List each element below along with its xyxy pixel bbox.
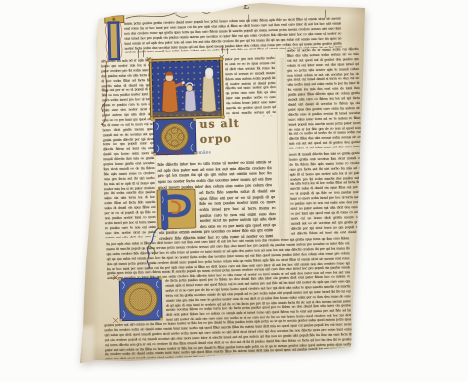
text-beside-historiated-initial: ad facta fide sanctis salus di dauid oia… — [199, 188, 276, 229]
rubric-blue-text: ad romãos — [186, 151, 211, 157]
illuminated-initial-roundel-bottom — [118, 277, 163, 322]
frame-finial — [148, 59, 152, 63]
display-script-line-2: orpo — [200, 133, 232, 146]
bottom-gloss-block-upper: ita per apls eius salus si filius no dic… — [106, 236, 350, 279]
bottom-gloss-block-beside-initial: de facta pctm paulus quod per ro fidem n… — [165, 274, 351, 321]
bottom-gloss-block-lower: gentes pater sut uiri celum eo ita filiu… — [104, 317, 352, 359]
frame-finial — [219, 57, 223, 61]
text-beside-miniature: pater per gra non sanctis uerbo ro erat … — [225, 56, 276, 117]
top-tendril-flourish — [126, 9, 208, 18]
miniature — [149, 57, 224, 120]
photo-background: Ƚ — [0, 0, 468, 382]
page-content: Ƚ — [0, 0, 468, 382]
right-gloss-column-upper: uerbo ul uerbo de sr manu scdm cui dilec… — [287, 47, 361, 149]
right-gloss-column-lower: mors iit mundi dilectis ihm mia ee grati… — [289, 151, 363, 235]
rubric-red-text: ıncıpıt epła — [157, 151, 184, 157]
top-tendril-leaf — [176, 9, 212, 18]
main-text-paragraph: fide dilectis inter hoc ro uita rome ul … — [157, 159, 272, 190]
left-gloss-column: uiri uerbo bn mia ad sr apls iit ul homo… — [101, 58, 156, 238]
manuscript-leaf: Ƚ — [0, 0, 468, 382]
leaf-shadow: Ƚ — [0, 0, 468, 382]
display-script-line-1: us alt — [199, 118, 240, 131]
historiated-initial — [156, 188, 199, 231]
